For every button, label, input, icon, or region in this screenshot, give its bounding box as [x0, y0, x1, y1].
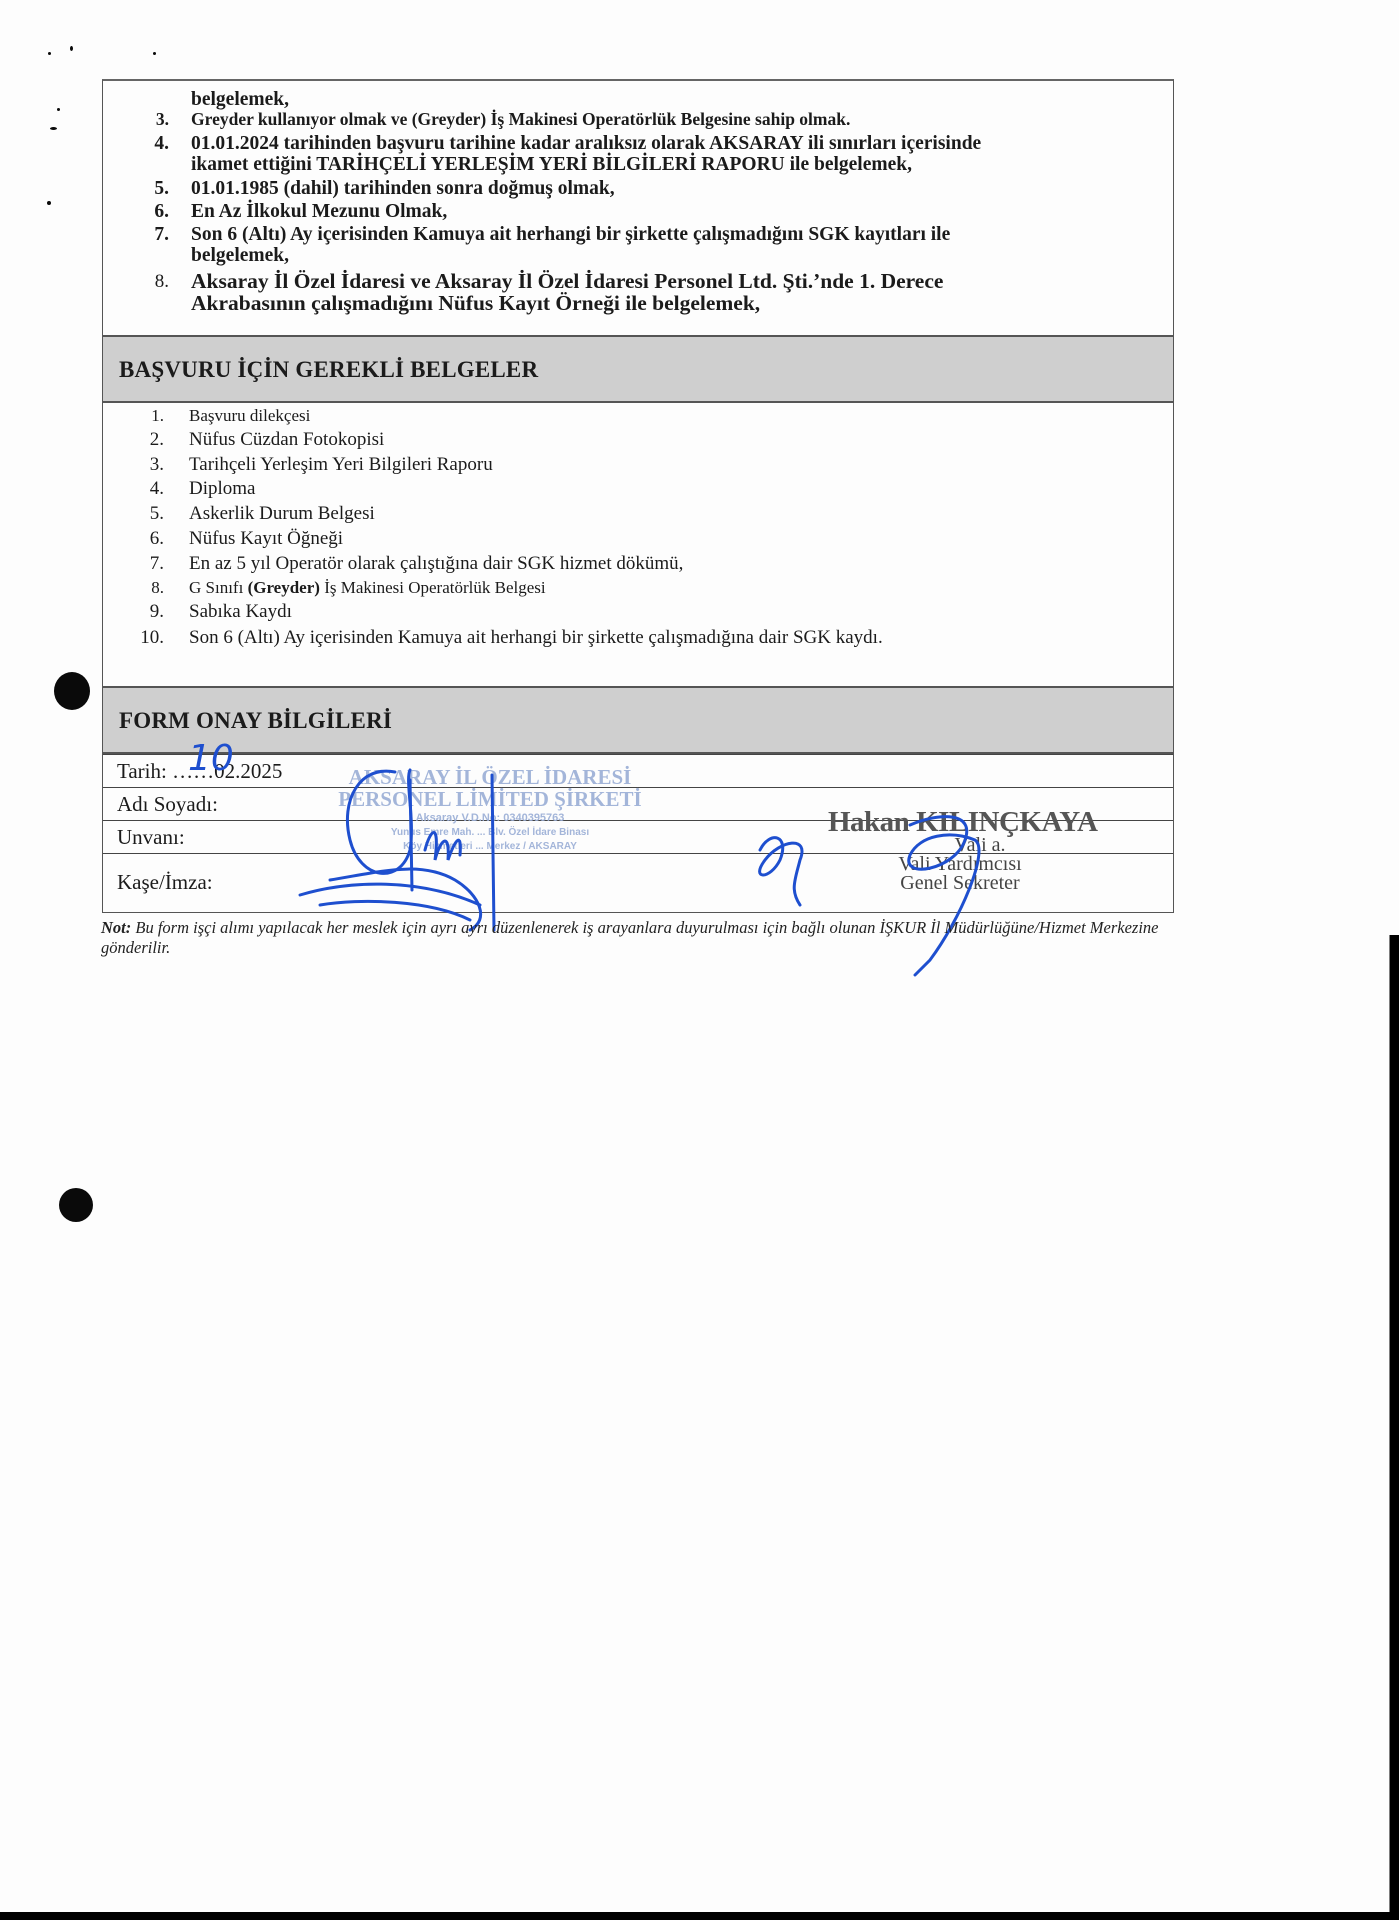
requirement-text: belgelemek, [191, 89, 1153, 110]
requirement-text: belgelemek, [191, 245, 1153, 266]
document-text: Başvuru dilekçesi [189, 405, 310, 426]
signatory-titles: Vali a. Vali Yardımcısı Genel Sekreter [860, 836, 1060, 893]
document-number: 8. [103, 577, 164, 598]
scan-speck [70, 46, 73, 51]
document-text: En az 5 yıl Operatör olarak çalıştığına … [189, 553, 683, 574]
name-label: Adı Soyadı: [117, 792, 218, 817]
requirements-list: belgelemek, 3. Greyder kullanıyor olmak … [103, 81, 1173, 335]
scan-edge-right [1383, 935, 1399, 1920]
date-label: Tarih: [117, 759, 172, 783]
form-approval-section-header: FORM ONAY BİLGİLERİ [103, 686, 1173, 754]
document-number: 2. [103, 429, 164, 450]
document-text: Nüfus Kayıt Öğneği [189, 528, 343, 549]
document-text-part: G Sınıfı [189, 578, 248, 597]
documents-section-header: BAŞVURU İÇİN GEREKLİ BELGELER [103, 335, 1173, 403]
punch-hole-mark [59, 1188, 93, 1222]
requirement-text: Aksaray İl Özel İdaresi ve Aksaray İl Öz… [191, 271, 1153, 292]
document-text-part: İş Makinesi Operatörlük Belgesi [320, 578, 546, 597]
document-number: 9. [103, 601, 164, 622]
stamp-line: Köy Hizmetleri ... Merkez / AKSARAY [330, 840, 650, 854]
stamp-signature-label: Kaşe/İmza: [117, 870, 213, 895]
handwritten-day: 10 [188, 738, 234, 779]
section-title: BAŞVURU İÇİN GEREKLİ BELGELER [119, 357, 538, 383]
requirement-text: ikamet ettiğini TARİHÇELİ YERLEŞİM YERİ … [191, 154, 1153, 175]
requirement-number: 3. [103, 109, 169, 130]
requirement-number: 6. [103, 201, 169, 222]
scan-speck [47, 201, 51, 205]
requirement-number: 7. [103, 224, 169, 245]
requirement-number: 4. [103, 133, 169, 154]
document-text: Sabıka Kaydı [189, 601, 292, 622]
scanned-document-page: belgelemek, 3. Greyder kullanıyor olmak … [0, 0, 1399, 1920]
requirement-text: Akrabasının çalışmadığını Nüfus Kayıt Ör… [191, 293, 1153, 314]
document-text: Son 6 (Altı) Ay içerisinden Kamuya ait h… [189, 627, 883, 648]
document-text: Tarihçeli Yerleşim Yeri Bilgileri Raporu [189, 454, 493, 475]
note-label: Not: [101, 918, 131, 937]
note-text: Bu form işçi alımı yapılacak her meslek … [101, 918, 1159, 957]
requirement-text: En Az İlkokul Mezunu Olmak, [191, 201, 1153, 222]
requirement-number: 8. [103, 271, 169, 292]
document-text: Nüfus Cüzdan Fotokopisi [189, 429, 384, 450]
scan-speck [48, 52, 51, 55]
documents-list: 1.Başvuru dilekçesi 2.Nüfus Cüzdan Fotok… [103, 403, 1173, 686]
section-title: FORM ONAY BİLGİLERİ [119, 708, 392, 734]
requirement-text: Greyder kullanıyor olmak ve (Greyder) İş… [191, 109, 1153, 130]
document-text-bold: (Greyder) [248, 578, 320, 597]
document-text: Askerlik Durum Belgesi [189, 503, 375, 524]
requirement-text: 01.01.2024 tarihinden başvuru tarihine k… [191, 133, 1153, 154]
scan-edge-bottom [0, 1912, 1399, 1920]
document-number: 5. [103, 503, 164, 524]
stamp-line: Aksaray V.D.No: 0340395763 [330, 810, 650, 826]
document-number: 4. [103, 478, 164, 499]
stamp-line: PERSONEL LİMİTED ŞİRKETİ [330, 788, 650, 810]
document-number: 1. [103, 405, 164, 426]
scan-speck [153, 52, 156, 55]
stamp-line: AKSARAY İL ÖZEL İDARESİ [330, 766, 650, 788]
document-text: G Sınıfı (Greyder) İş Makinesi Operatörl… [189, 577, 546, 598]
document-number: 6. [103, 528, 164, 549]
scan-speck [57, 108, 60, 111]
title-label: Unvanı: [117, 825, 185, 850]
footnote: Not: Bu form işçi alımı yapılacak her me… [101, 918, 1201, 958]
signatory-line: Genel Sekreter [860, 874, 1060, 893]
company-stamp: AKSARAY İL ÖZEL İDARESİ PERSONEL LİMİTED… [330, 766, 650, 854]
requirement-number: 5. [103, 178, 169, 199]
document-number: 7. [103, 553, 164, 574]
document-number: 10. [103, 627, 164, 648]
punch-hole-mark [54, 672, 90, 710]
document-number: 3. [103, 454, 164, 475]
requirement-text: 01.01.1985 (dahil) tarihinden sonra doğm… [191, 178, 1153, 199]
requirement-text: Son 6 (Altı) Ay içerisinden Kamuya ait h… [191, 224, 1153, 245]
document-text: Diploma [189, 478, 256, 499]
scan-speck [50, 127, 57, 130]
stamp-line: Yunus Emre Mah. ... Blv. Özel İdare Bina… [330, 826, 650, 840]
